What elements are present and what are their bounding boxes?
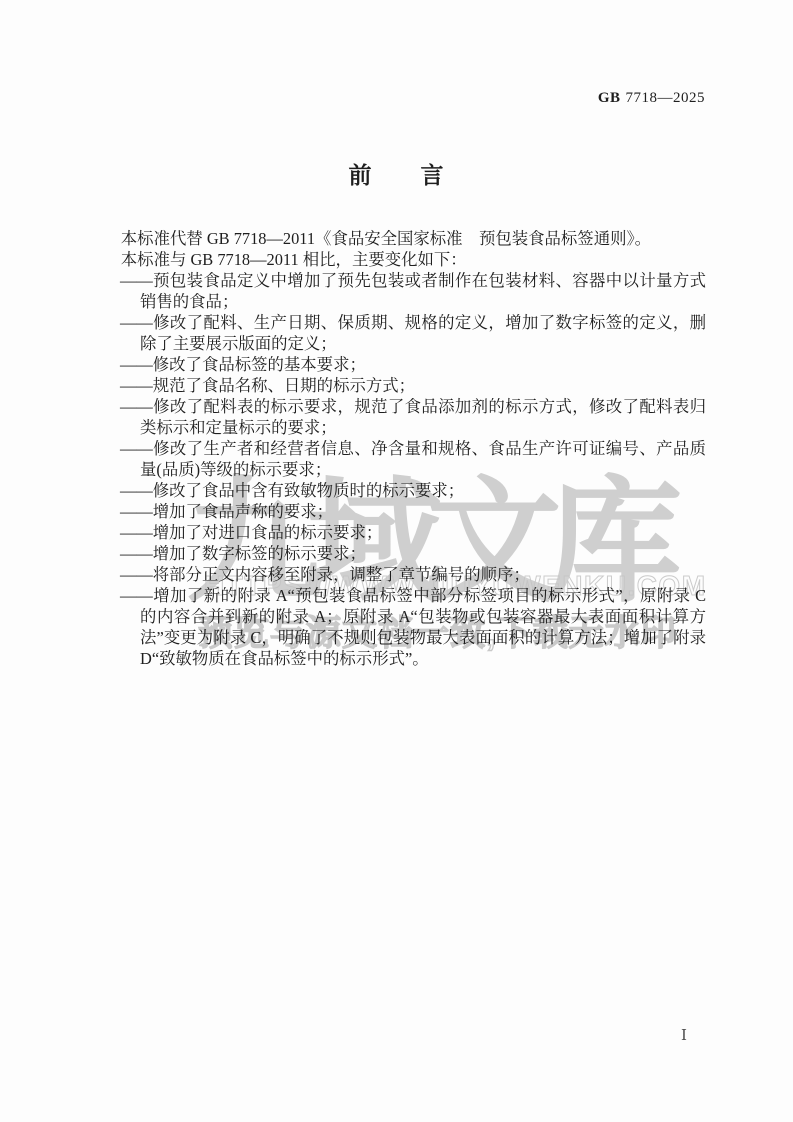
change-list-item: ——将部分正文内容移至附录，调整了章节编号的顺序； — [88, 564, 706, 585]
standard-code-number: 7718—2025 — [626, 90, 706, 106]
change-list-item: ——修改了配料表的标示要求，规范了食品添加剂的标示方式，修改了配料表归类标示和定… — [88, 396, 706, 438]
change-list-item: ——增加了新的附录 A“预包装食品标签中部分标签项目的标示形式”，原附录 C 的… — [88, 585, 706, 669]
page-number: Ⅰ — [681, 1026, 687, 1045]
intro-paragraph: 本标准与 GB 7718—2011 相比，主要变化如下： — [88, 249, 706, 270]
change-list-item: ——增加了对进口食品的标示要求； — [88, 522, 706, 543]
change-list-item: ——修改了配料、生产日期、保质期、规格的定义，增加了数字标签的定义，删除了主要展… — [88, 312, 706, 354]
change-list-item: ——修改了食品标签的基本要求； — [88, 354, 706, 375]
intro-paragraph: 本标准代替 GB 7718—2011《食品安全国家标准 预包装食品标签通则》。 — [88, 228, 706, 249]
foreword-body: 本标准代替 GB 7718—2011《食品安全国家标准 预包装食品标签通则》。 … — [88, 228, 706, 669]
standard-code: GB7718—2025 — [598, 90, 705, 107]
standard-code-prefix: GB — [598, 90, 621, 106]
foreword-title: 前 言 — [0, 157, 793, 190]
change-list-item: ——修改了生产者和经营者信息、净含量和规格、食品生产许可证编号、产品质量(品质)… — [88, 438, 706, 480]
change-list-item: ——预包装食品定义中增加了预先包装或者制作在包装材料、容器中以计量方式销售的食品… — [88, 270, 706, 312]
change-list-item: ——修改了食品中含有致敏物质时的标示要求； — [88, 480, 706, 501]
change-list-item: ——增加了食品声称的要求； — [88, 501, 706, 522]
document-page: 九域文库 HTTPS://WWW.JIUYUWENKU.COM 预览与源文档一致… — [0, 0, 793, 1122]
change-list-item: ——增加了数字标签的标示要求； — [88, 543, 706, 564]
change-list-item: ——规范了食品名称、日期的标示方式； — [88, 375, 706, 396]
